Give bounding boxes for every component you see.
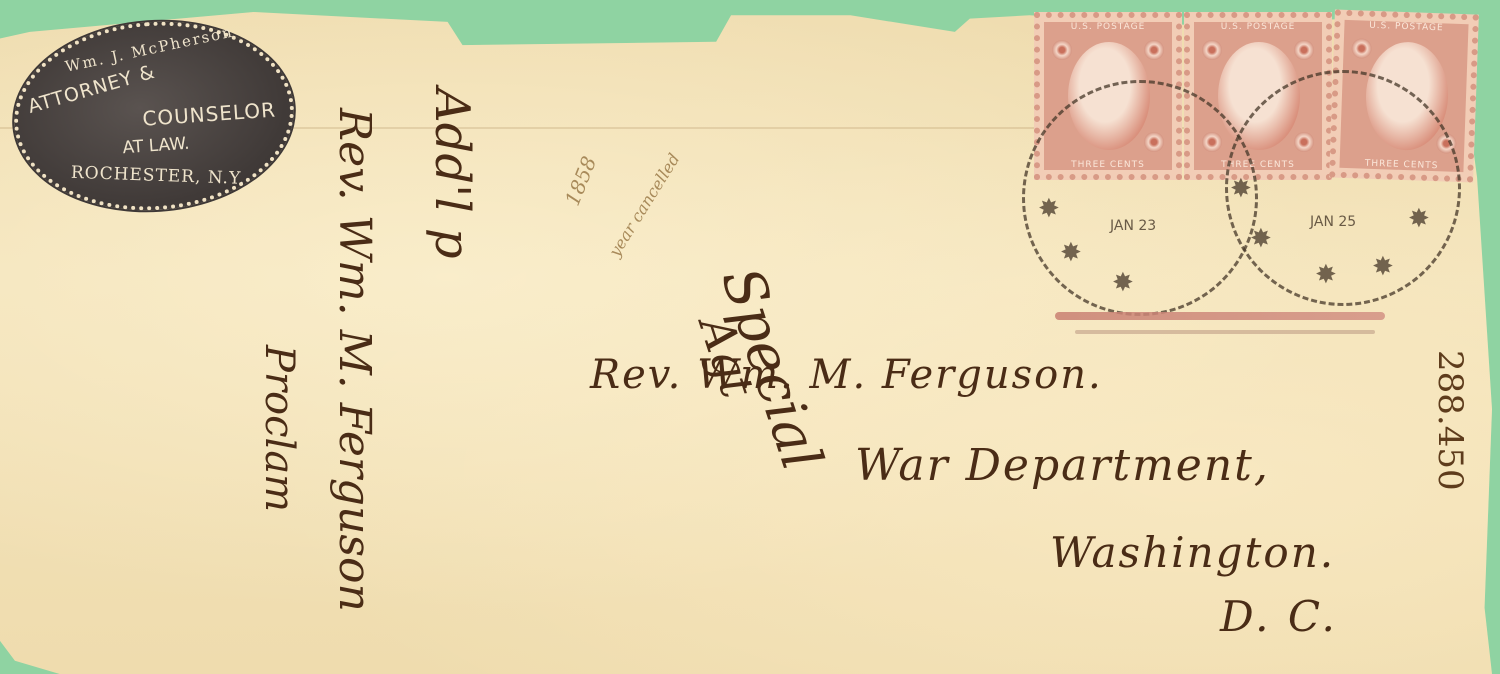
address-district: D. C.: [1220, 592, 1338, 641]
seal-at-law: AT LAW.: [20, 126, 293, 165]
address-city: Washington.: [1050, 528, 1335, 577]
catalog-number: 288.450: [1430, 350, 1470, 491]
docket-line-2: Rev. Wm. M. Ferguson: [329, 108, 380, 612]
rosette-icon: [1052, 40, 1072, 60]
cancel-star-icon: ✸: [1060, 240, 1082, 266]
cancel-star-icon: ✸: [1038, 196, 1060, 222]
cancel-star-icon: ✸: [1112, 270, 1134, 296]
rosette-icon: [1202, 40, 1222, 60]
red-crayon-line: [1055, 312, 1385, 320]
docket-line-3: Proclam: [256, 345, 302, 512]
crayon-underline: [1075, 330, 1375, 334]
seal-city: ROCHESTER, N.Y.: [22, 161, 295, 190]
postmark-date: JAN 25: [1310, 214, 1356, 230]
stamp-top-text: U.S. POSTAGE: [1040, 22, 1176, 32]
postmark-circle: [1225, 70, 1461, 306]
seal-counselor: COUNSELOR: [142, 98, 277, 131]
docket-line-1: Add'l p: [424, 88, 480, 259]
postmark-date: JAN 23: [1110, 218, 1156, 234]
cancel-star-icon: ✸: [1408, 206, 1430, 232]
cancel-star-icon: ✸: [1372, 254, 1394, 280]
address-recipient: Rev. Wm. M. Ferguson.: [590, 352, 1103, 398]
address-department: War Department,: [855, 440, 1270, 491]
cancel-star-icon: ✸: [1315, 262, 1337, 288]
rosette-icon: [1294, 40, 1314, 60]
stamp-top-text: U.S. POSTAGE: [1190, 22, 1326, 32]
rosette-icon: [1144, 40, 1164, 60]
cancel-star-icon: ✸: [1250, 226, 1272, 252]
cancel-star-icon: ✸: [1230, 176, 1252, 202]
